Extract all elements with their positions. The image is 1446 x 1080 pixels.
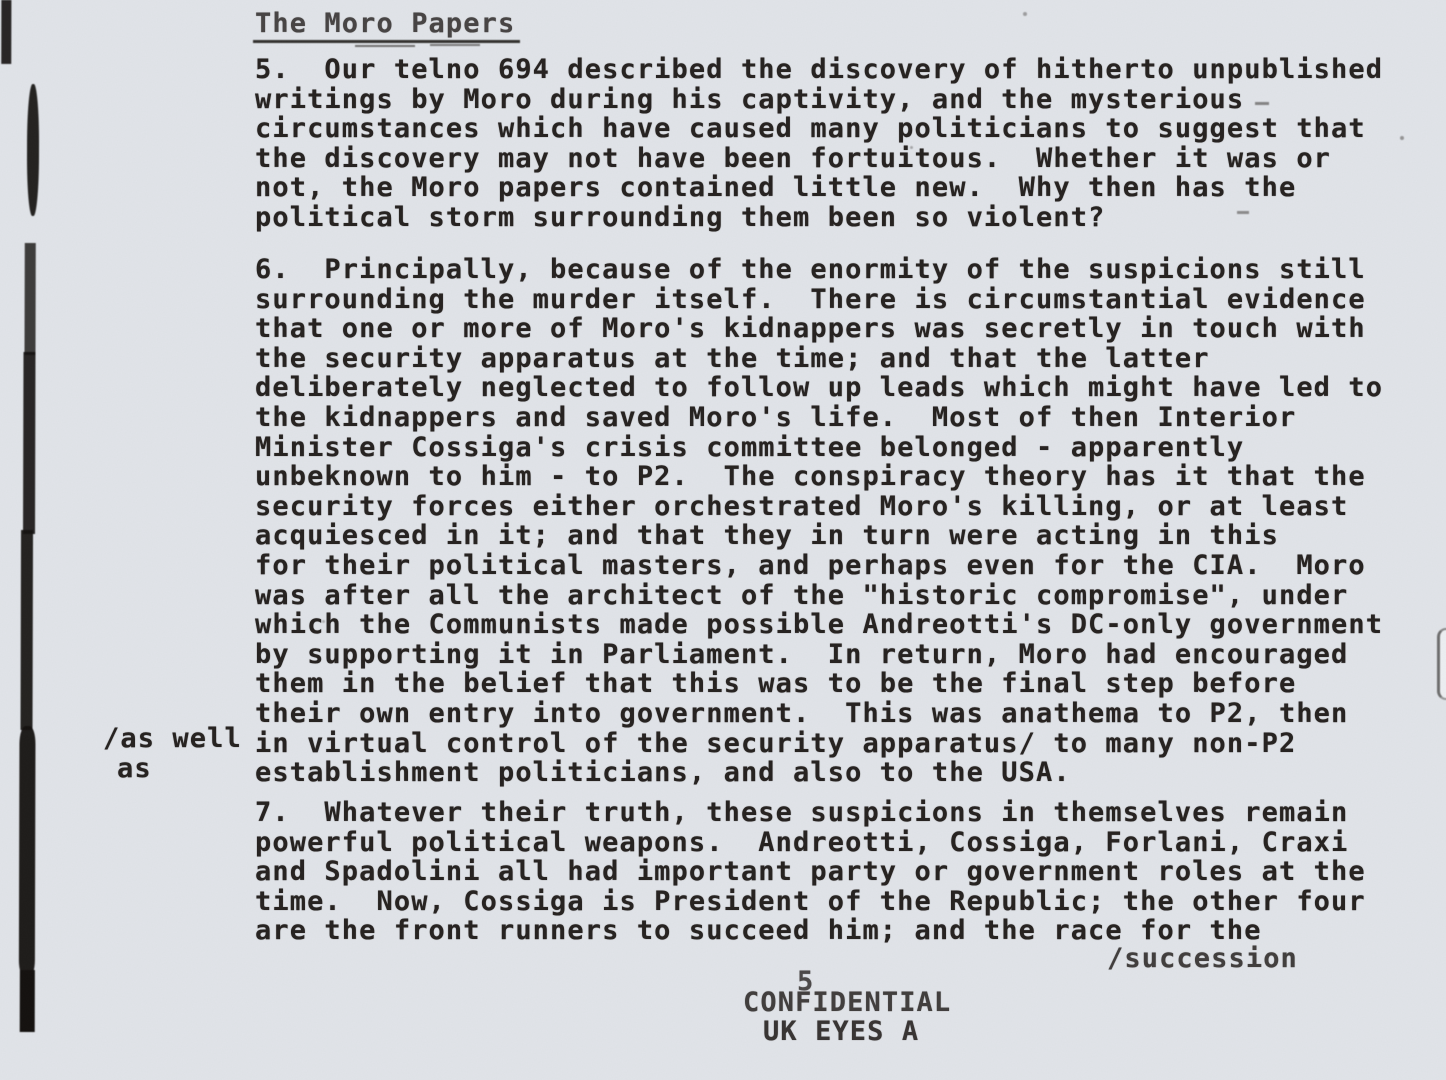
text-line: circumstances which have caused many pol…	[255, 114, 1383, 144]
scan-speck	[322, 620, 325, 623]
text-line: writings by Moro during his captivity, a…	[255, 85, 1383, 115]
text-line: 7. Whatever their truth, these suspicion…	[255, 798, 1366, 828]
catchword: /succession	[1107, 944, 1298, 974]
text-line: the security apparatus at the time; and …	[255, 344, 1383, 374]
text-line: 5. Our telno 694 described the discovery…	[255, 55, 1383, 85]
paragraph-7: 7. Whatever their truth, these suspicion…	[255, 798, 1366, 946]
text-line: deliberately neglected to follow up lead…	[255, 373, 1383, 403]
scan-speck	[1400, 136, 1404, 140]
text-line: are the front runners to succeed him; an…	[255, 916, 1366, 946]
title-underline	[355, 45, 415, 47]
text-line: Minister Cossiga's crisis committee belo…	[255, 433, 1383, 463]
streak-segment	[24, 243, 35, 355]
text-line: powerful political weapons. Andreotti, C…	[255, 828, 1366, 858]
text-line: establishment politicians, and also to t…	[255, 758, 1383, 788]
text-line: them in the belief that this was to be t…	[255, 669, 1383, 699]
text-line: security forces either orchestrated Moro…	[255, 492, 1383, 522]
text-line: /as well	[103, 724, 242, 754]
text-line: in virtual control of the security appar…	[255, 729, 1383, 759]
margin-insertion-note: /as wellas	[103, 724, 242, 783]
text-line: not, the Moro papers contained little ne…	[255, 173, 1383, 203]
text-line: unbeknown to him - to P2. The conspiracy…	[255, 462, 1383, 492]
document-title: The Moro Papers	[255, 9, 515, 39]
scan-edge-tab	[1437, 628, 1446, 700]
text-line: political storm surrounding them been so…	[255, 203, 1383, 233]
scan-stray-dash	[1255, 102, 1269, 105]
text-line: their own entry into government. This wa…	[255, 699, 1383, 729]
text-line: and Spadolini all had important party or…	[255, 857, 1366, 887]
text-line: for their political masters, and perhaps…	[255, 551, 1383, 581]
text-line: that one or more of Moro's kidnappers wa…	[255, 314, 1383, 344]
text-line: as	[103, 754, 242, 784]
streak-segment	[27, 84, 39, 216]
text-line: 6. Principally, because of the enormity …	[255, 255, 1383, 285]
streak-segment	[19, 726, 36, 978]
text-line: by supporting it in Parliament. In retur…	[255, 640, 1383, 670]
text-line: acquiesced in it; and that they in turn …	[255, 521, 1383, 551]
scan-speck	[910, 146, 913, 149]
scanned-document-page: The Moro Papers 5. Our telno 694 describ…	[0, 0, 1446, 1080]
scan-stray-dash	[1237, 211, 1249, 214]
text-line: surrounding the murder itself. There is …	[255, 285, 1383, 315]
streak-segment	[1, 0, 11, 64]
scan-binding-streak	[0, 0, 61, 1080]
title-underline	[430, 44, 480, 46]
paragraph-5: 5. Our telno 694 described the discovery…	[255, 55, 1383, 233]
text-line: which the Communists made possible Andre…	[255, 610, 1383, 640]
caveat-stamp: UK EYES A	[763, 1017, 919, 1047]
streak-segment	[20, 970, 35, 1032]
title-underline	[253, 40, 520, 43]
scan-speck	[1023, 12, 1027, 16]
streak-segment	[21, 530, 34, 730]
text-line: time. Now, Cossiga is President of the R…	[255, 887, 1366, 917]
paragraph-6: 6. Principally, because of the enormity …	[255, 255, 1383, 788]
text-line: was after all the architect of the "hist…	[255, 581, 1383, 611]
text-line: the kidnappers and saved Moro's life. Mo…	[255, 403, 1383, 433]
text-line: the discovery may not have been fortuito…	[255, 144, 1383, 174]
streak-segment	[23, 352, 35, 534]
classification-stamp: CONFIDENTIAL	[743, 988, 951, 1018]
